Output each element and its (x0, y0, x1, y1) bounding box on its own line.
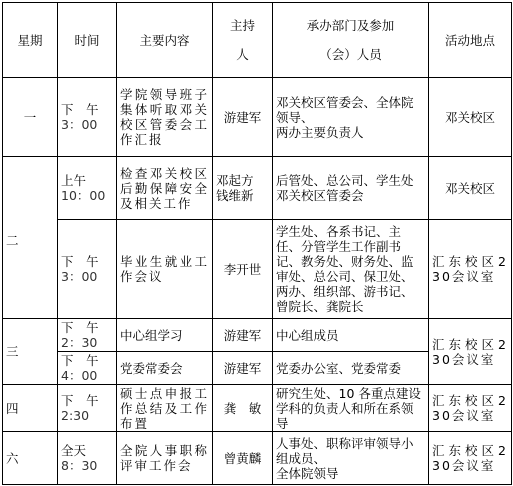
time-value: 2：30 (61, 335, 113, 350)
header-time: 时间 (58, 3, 117, 78)
time-value: 4：00 (61, 368, 113, 383)
day-cell: 六 (3, 432, 58, 485)
location-cell: 汇东校区230会议室 (429, 385, 512, 432)
dept-line: 全体院领导 (276, 466, 425, 481)
time-cell: 下 午3：00 (58, 78, 117, 157)
day-cell: 二 (3, 157, 58, 319)
content-cell: 检查邓关校区后勤保障安全及相关工作 (117, 157, 213, 220)
header-location: 活动地点 (429, 3, 512, 78)
content-cell: 学院领导班子集体听取邓关校区管委会工作汇报 (117, 78, 213, 157)
time-label: 下 午 (61, 320, 113, 335)
table-row: 四 下 午2:30 硕士点申报工作总结及工作布置 龚 敏 研究生处、10 各重点… (3, 385, 512, 432)
day-cell: 一 (3, 78, 58, 157)
host-cell: 李开世 (213, 220, 273, 319)
time-label: 下 午 (61, 353, 113, 368)
content-cell: 党委常委会 (117, 352, 213, 385)
host-cell: 曾黄麟 (213, 432, 273, 485)
host-name: 邓起方 (216, 173, 269, 188)
time-label: 下 午 (61, 393, 113, 408)
table-row: 一 下 午3：00 学院领导班子集体听取邓关校区管委会工作汇报 游建军 邓关校区… (3, 78, 512, 157)
time-label: 上午 (61, 173, 113, 188)
location-cell: 汇东校区230会议室 (429, 432, 512, 485)
time-cell: 全天8：30 (58, 432, 117, 485)
header-day: 星期 (3, 3, 58, 78)
dept-line: 邓关校区管委会、全体院领导、 (276, 95, 425, 125)
dept-line: 两办主要负责人 (276, 125, 425, 140)
table-row: 六 全天8：30 全院人事职称评审工作会 曾黄麟 人事处、职称评审领导小组成员、… (3, 432, 512, 485)
time-cell: 下 午2:30 (58, 385, 117, 432)
time-value: 8：30 (61, 458, 113, 473)
dept-line: 邓关校区管委会 (276, 188, 425, 203)
dept-cell: 后管处、总公司、学生处邓关校区管委会 (273, 157, 429, 220)
header-host-line1: 主持 (216, 18, 269, 33)
time-cell: 上午10：00 (58, 157, 117, 220)
dept-cell: 中心组成员 (273, 319, 429, 352)
table-row: 三 下 午2：30 中心组学习 游建军 中心组成员 汇东校区230会议室 (3, 319, 512, 352)
header-dept-line1: 承办部门及参加 (276, 18, 425, 33)
host-cell: 邓起方钱维新 (213, 157, 273, 220)
host-cell: 游建军 (213, 352, 273, 385)
dept-cell: 人事处、职称评审领导小组成员、全体院领导 (273, 432, 429, 485)
header-dept-line2: （会）人员 (276, 47, 425, 62)
table-row: 二 上午10：00 检查邓关校区后勤保障安全及相关工作 邓起方钱维新 后管处、总… (3, 157, 512, 220)
dept-cell: 党委办公室、党委常委 (273, 352, 429, 385)
dept-line: 后管处、总公司、学生处 (276, 173, 425, 188)
time-label: 全天 (61, 443, 113, 458)
table-row: 下 午3：00 毕业生就业工作会议 李开世 学生处、各系书记、主任、分管学生工作… (3, 220, 512, 319)
content-cell: 毕业生就业工作会议 (117, 220, 213, 319)
dept-cell: 研究生处、10 各重点建设学科的负责人和所在系领导 (273, 385, 429, 432)
time-value: 3：00 (61, 269, 113, 284)
header-content: 主要内容 (117, 3, 213, 78)
location-cell: 汇东校区230会议室 (429, 319, 512, 385)
weekly-schedule-table: 星期 时间 主要内容 主持人 承办部门及参加（会）人员 活动地点 一 下 午3：… (2, 2, 512, 485)
header-dept: 承办部门及参加（会）人员 (273, 3, 429, 78)
host-cell: 游建军 (213, 319, 273, 352)
time-label: 下 午 (61, 254, 113, 269)
header-host-line2: 人 (216, 47, 269, 62)
day-label: 二 (6, 233, 19, 248)
dept-line: 人事处、职称评审领导小组成员、 (276, 436, 425, 466)
content-cell: 硕士点申报工作总结及工作布置 (117, 385, 213, 432)
host-cell: 游建军 (213, 78, 273, 157)
location-cell: 邓关校区 (429, 157, 512, 220)
time-cell: 下 午3：00 (58, 220, 117, 319)
day-cell: 四 (3, 385, 58, 432)
header-host: 主持人 (213, 3, 273, 78)
host-name: 钱维新 (216, 188, 269, 203)
host-cell: 龚 敏 (213, 385, 273, 432)
header-row: 星期 时间 主要内容 主持人 承办部门及参加（会）人员 活动地点 (3, 3, 512, 78)
time-cell: 下 午2：30 (58, 319, 117, 352)
time-cell: 下 午4：00 (58, 352, 117, 385)
content-cell: 全院人事职称评审工作会 (117, 432, 213, 485)
time-label: 下 午 (61, 102, 113, 117)
content-cell: 中心组学习 (117, 319, 213, 352)
dept-cell: 邓关校区管委会、全体院领导、两办主要负责人 (273, 78, 429, 157)
dept-cell: 学生处、各系书记、主任、分管学生工作副书记、教务处、财务处、监审处、总公司、保卫… (273, 220, 429, 319)
time-value: 3：00 (61, 117, 113, 132)
time-value: 10：00 (61, 188, 113, 203)
location-cell: 汇东校区230会议室 (429, 220, 512, 319)
location-cell: 邓关校区 (429, 78, 512, 157)
day-cell: 三 (3, 319, 58, 385)
time-value: 2:30 (61, 408, 113, 423)
